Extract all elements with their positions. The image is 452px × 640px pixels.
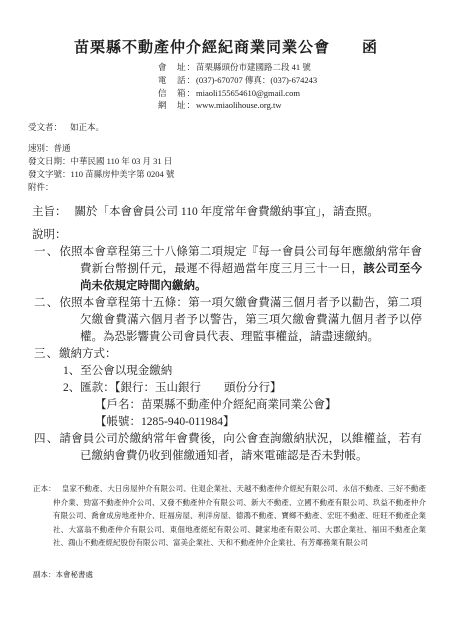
reference-number-value: 110 苗縣房仲美字第 0204 號 xyxy=(71,169,175,179)
issue-date-line: 發文日期：中華民國 110 年 03 月 31 日 xyxy=(28,155,452,168)
recipient-value: 如正本。 xyxy=(70,122,104,132)
contact-phone-label: 電 話： xyxy=(158,75,196,85)
contact-address-value: 苗栗縣頭份市建國路二段 41 號 xyxy=(196,62,311,72)
explanation-item-1: 一、依照本會章程第三十八條第二項規定『每一會員公司每年應繳納常年會費新台幣捌仟元… xyxy=(34,244,422,295)
copy-recipient-label: 副本： xyxy=(33,570,56,579)
item-4-text: 請會員公司於繳納常年會費後，向公會查詢繳納狀況，以維權益，若有已繳納會費仍收到催… xyxy=(59,433,422,462)
contact-website-value: www.miaolihouse.org.tw xyxy=(196,100,281,110)
contact-email-label: 信 箱： xyxy=(158,88,196,98)
original-recipients-list: 皇家不動產、大日房屋仲介有限公司、住退企業社、天越不動產仲介經紀有限公司、永信不… xyxy=(53,484,426,547)
speed-class-value: 普通 xyxy=(54,143,71,153)
reference-number-line: 發文字號：110 苗縣房仲美字第 0204 號 xyxy=(28,168,452,181)
copy-recipient-value: 本會秘書處 xyxy=(56,570,94,579)
contact-address-label: 會 址： xyxy=(158,62,196,72)
contact-phone-line: 電 話：(037)-670707 傳真：(037)-674243 xyxy=(158,74,452,87)
letter-page: 苗栗縣不動產仲介經紀商業同業公會 函 會 址：苗栗縣頭份市建國路二段 41 號 … xyxy=(0,0,452,640)
payment-method-cash: 1、至公會以現金繳納 xyxy=(63,363,452,380)
original-recipients-label: 正本： xyxy=(33,484,56,493)
recipient-line: 受文者：如正本。 xyxy=(28,121,452,133)
subject-label: 主旨： xyxy=(32,206,67,218)
recipient-label: 受文者： xyxy=(28,122,62,132)
original-recipients-block: 正本：皇家不動產、大日房屋仲介有限公司、住退企業社、天越不動產仲介經紀有限公司、… xyxy=(33,482,426,550)
reference-number-label: 發文字號： xyxy=(28,169,71,179)
contact-website-line: 網 址：www.miaolihouse.org.tw xyxy=(158,99,452,112)
issue-date-value: 中華民國 110 年 03 月 31 日 xyxy=(71,156,173,166)
payment-account-number: 【帳號：1285-940-011984】 xyxy=(95,414,452,431)
explanation-item-3: 三、繳納方式： xyxy=(34,346,422,363)
contact-address-line: 會 址：苗栗縣頭份市建國路二段 41 號 xyxy=(158,61,452,74)
item-1-marker: 一、 xyxy=(34,246,59,258)
document-meta-block: 速別：普通 發文日期：中華民國 110 年 03 月 31 日 發文字號：110… xyxy=(28,142,452,194)
explanation-item-2: 二、依照本會章程第十五條：第一項欠繳會費滿三個月者予以勸告，第二項欠繳會費滿六個… xyxy=(34,295,422,346)
association-contact-block: 會 址：苗栗縣頭份市建國路二段 41 號 電 話：(037)-670707 傳真… xyxy=(158,61,452,112)
copy-recipient-line: 副本：本會秘書處 xyxy=(33,568,452,581)
payment-method-transfer-bank: 2、匯款：【銀行：玉山銀行 頭份分行】 xyxy=(63,380,452,397)
contact-website-label: 網 址： xyxy=(158,100,196,110)
subject-text: 關於「本會會員公司 110 年度常年會費繳納事宜」，請查照。 xyxy=(75,206,379,218)
attachment-line: 附件： xyxy=(28,181,452,194)
item-2-text: 依照本會章程第十五條：第一項欠繳會費滿三個月者予以勸告，第二項欠繳會費滿六個月者… xyxy=(59,297,422,343)
speed-class-label: 速別： xyxy=(28,143,54,153)
contact-email-value: miaoli155654610@gmail.com xyxy=(196,88,300,98)
item-4-marker: 四、 xyxy=(34,433,59,445)
letter-title: 苗栗縣不動產仲介經紀商業同業公會 函 xyxy=(0,0,452,57)
payment-account-name: 【戶名：苗栗縣不動產仲介經紀商業同業公會】 xyxy=(95,397,452,414)
contact-phone-value: (037)-670707 傳真：(037)-674243 xyxy=(196,75,317,85)
item-3-text: 繳納方式： xyxy=(59,348,117,360)
item-3-marker: 三、 xyxy=(34,348,59,360)
explanation-item-4: 四、請會員公司於繳納常年會費後，向公會查詢繳納狀況，以維權益，若有已繳納會費仍收… xyxy=(34,431,422,465)
speed-class-line: 速別：普通 xyxy=(28,142,452,155)
subject-line: 主旨：關於「本會會員公司 110 年度常年會費繳納事宜」，請查照。 xyxy=(32,204,420,221)
contact-email-line: 信 箱：miaoli155654610@gmail.com xyxy=(158,87,452,100)
item-2-marker: 二、 xyxy=(34,297,59,309)
explanation-label: 說明： xyxy=(32,227,452,244)
issue-date-label: 發文日期： xyxy=(28,156,71,166)
attachment-label: 附件： xyxy=(28,182,54,192)
